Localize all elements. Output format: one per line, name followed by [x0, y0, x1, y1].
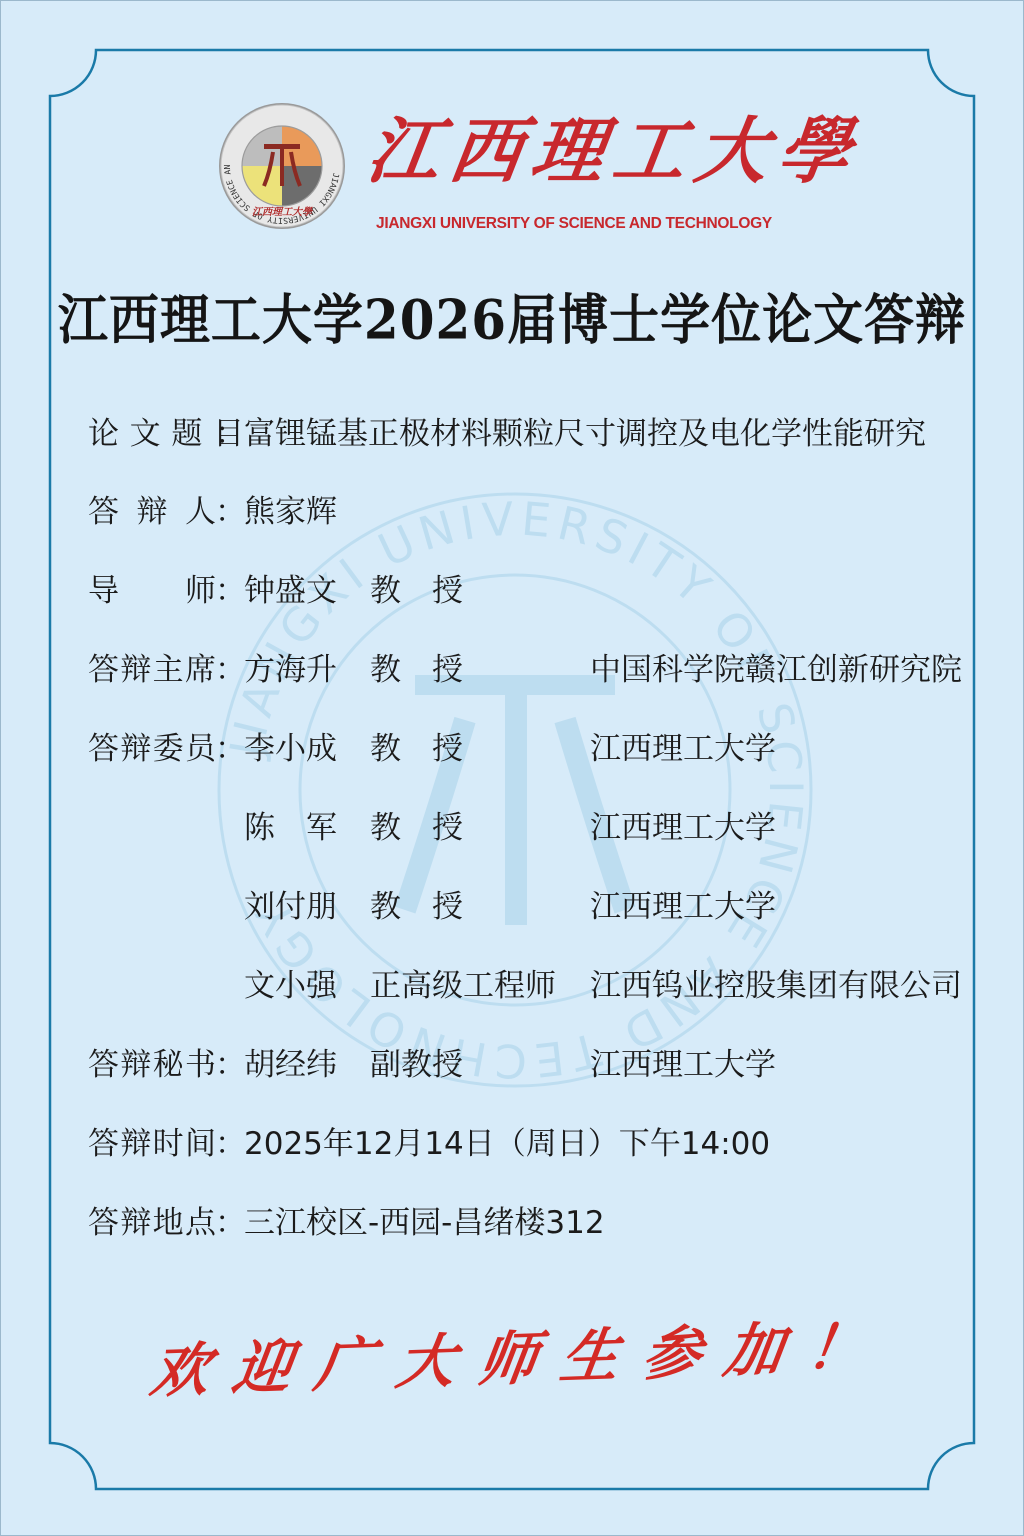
row-time: 答辩时间 ： 2025年12月14日（周日）下午14:00: [88, 1115, 216, 1165]
member-title: 教 授: [370, 723, 463, 768]
member-title: 教 授: [370, 881, 463, 926]
candidate-name: 熊家辉: [244, 486, 337, 531]
chair-title: 教 授: [370, 644, 463, 689]
label-advisor: 导师: [88, 565, 216, 610]
row-advisor: 导师 ： 钟盛文 教 授: [88, 562, 216, 612]
secretary-title: 副教授: [370, 1039, 463, 1084]
row-secretary: 答辩秘书 ： 胡经纬 副教授 江西理工大学: [88, 1036, 216, 1086]
university-name-english: JIANGXI UNIVERSITY OF SCIENCE AND TECHNO…: [376, 215, 772, 233]
university-seal-icon: JIANGXI UNIVERSITY OF SCIENCE AND TECHNO…: [218, 102, 346, 230]
member-title: 正高级工程师: [370, 960, 556, 1005]
member-org: 江西理工大学: [590, 723, 776, 768]
label-colon: ：: [215, 723, 246, 768]
row-committee-1: 答辩委员 ： 李小成 教 授 江西理工大学: [88, 720, 216, 770]
label-colon: ：: [215, 1039, 246, 1084]
chair-name: 方海升: [244, 644, 337, 689]
label-time: 答辩时间: [88, 1118, 216, 1163]
advisor-title: 教 授: [370, 565, 463, 610]
label-colon: ：: [215, 1197, 246, 1242]
row-thesis-title: 论文题目 ： 富锂锰基正极材料颗粒尺寸调控及电化学性能研究: [88, 405, 244, 455]
label-chair: 答辩主席: [88, 644, 216, 689]
label-candidate: 答辩人: [88, 486, 216, 531]
member-org: 江西钨业控股集团有限公司: [590, 960, 962, 1005]
university-logo: JIANGXI UNIVERSITY OF SCIENCE AND TECHNO…: [218, 102, 818, 242]
row-chair: 答辩主席 ： 方海升 教 授 中国科学院赣江创新研究院: [88, 641, 216, 691]
label-colon: ：: [215, 565, 246, 610]
label-secretary: 答辩秘书: [88, 1039, 216, 1084]
label-colon: ：: [215, 486, 246, 531]
row-candidate: 答辩人 ： 熊家辉: [88, 483, 216, 533]
label-place: 答辩地点: [88, 1197, 216, 1242]
svg-text:江西理工大學: 江西理工大學: [252, 206, 313, 218]
member-title: 教 授: [370, 802, 463, 847]
member-org: 江西理工大学: [590, 881, 776, 926]
defense-time-value: 2025年12月14日（周日）下午14:00: [244, 1118, 770, 1163]
secretary-name: 胡经纬: [244, 1039, 337, 1084]
label-committee: 答辩委员: [88, 723, 216, 768]
row-place: 答辩地点 ： 三江校区-西园-昌绪楼312: [88, 1194, 216, 1244]
thesis-title-value: 富锂锰基正极材料颗粒尺寸调控及电化学性能研究: [244, 408, 926, 453]
member-name: 陈 军: [244, 802, 337, 847]
chair-org: 中国科学院赣江创新研究院: [590, 644, 962, 689]
university-name-calligraphy: 江西理工大學: [362, 106, 825, 196]
label-colon: ：: [215, 1118, 246, 1163]
page-title: 江西理工大学2026届博士学位论文答辩: [0, 277, 1024, 355]
label-colon: ：: [215, 408, 246, 453]
defense-place-value: 三江校区-西园-昌绪楼312: [244, 1197, 605, 1242]
member-name: 李小成: [244, 723, 337, 768]
member-name: 文小强: [244, 960, 337, 1005]
advisor-name: 钟盛文: [244, 565, 337, 610]
secretary-org: 江西理工大学: [590, 1039, 776, 1084]
member-org: 江西理工大学: [590, 802, 776, 847]
label-colon: ：: [215, 644, 246, 689]
member-name: 刘付朋: [244, 881, 337, 926]
